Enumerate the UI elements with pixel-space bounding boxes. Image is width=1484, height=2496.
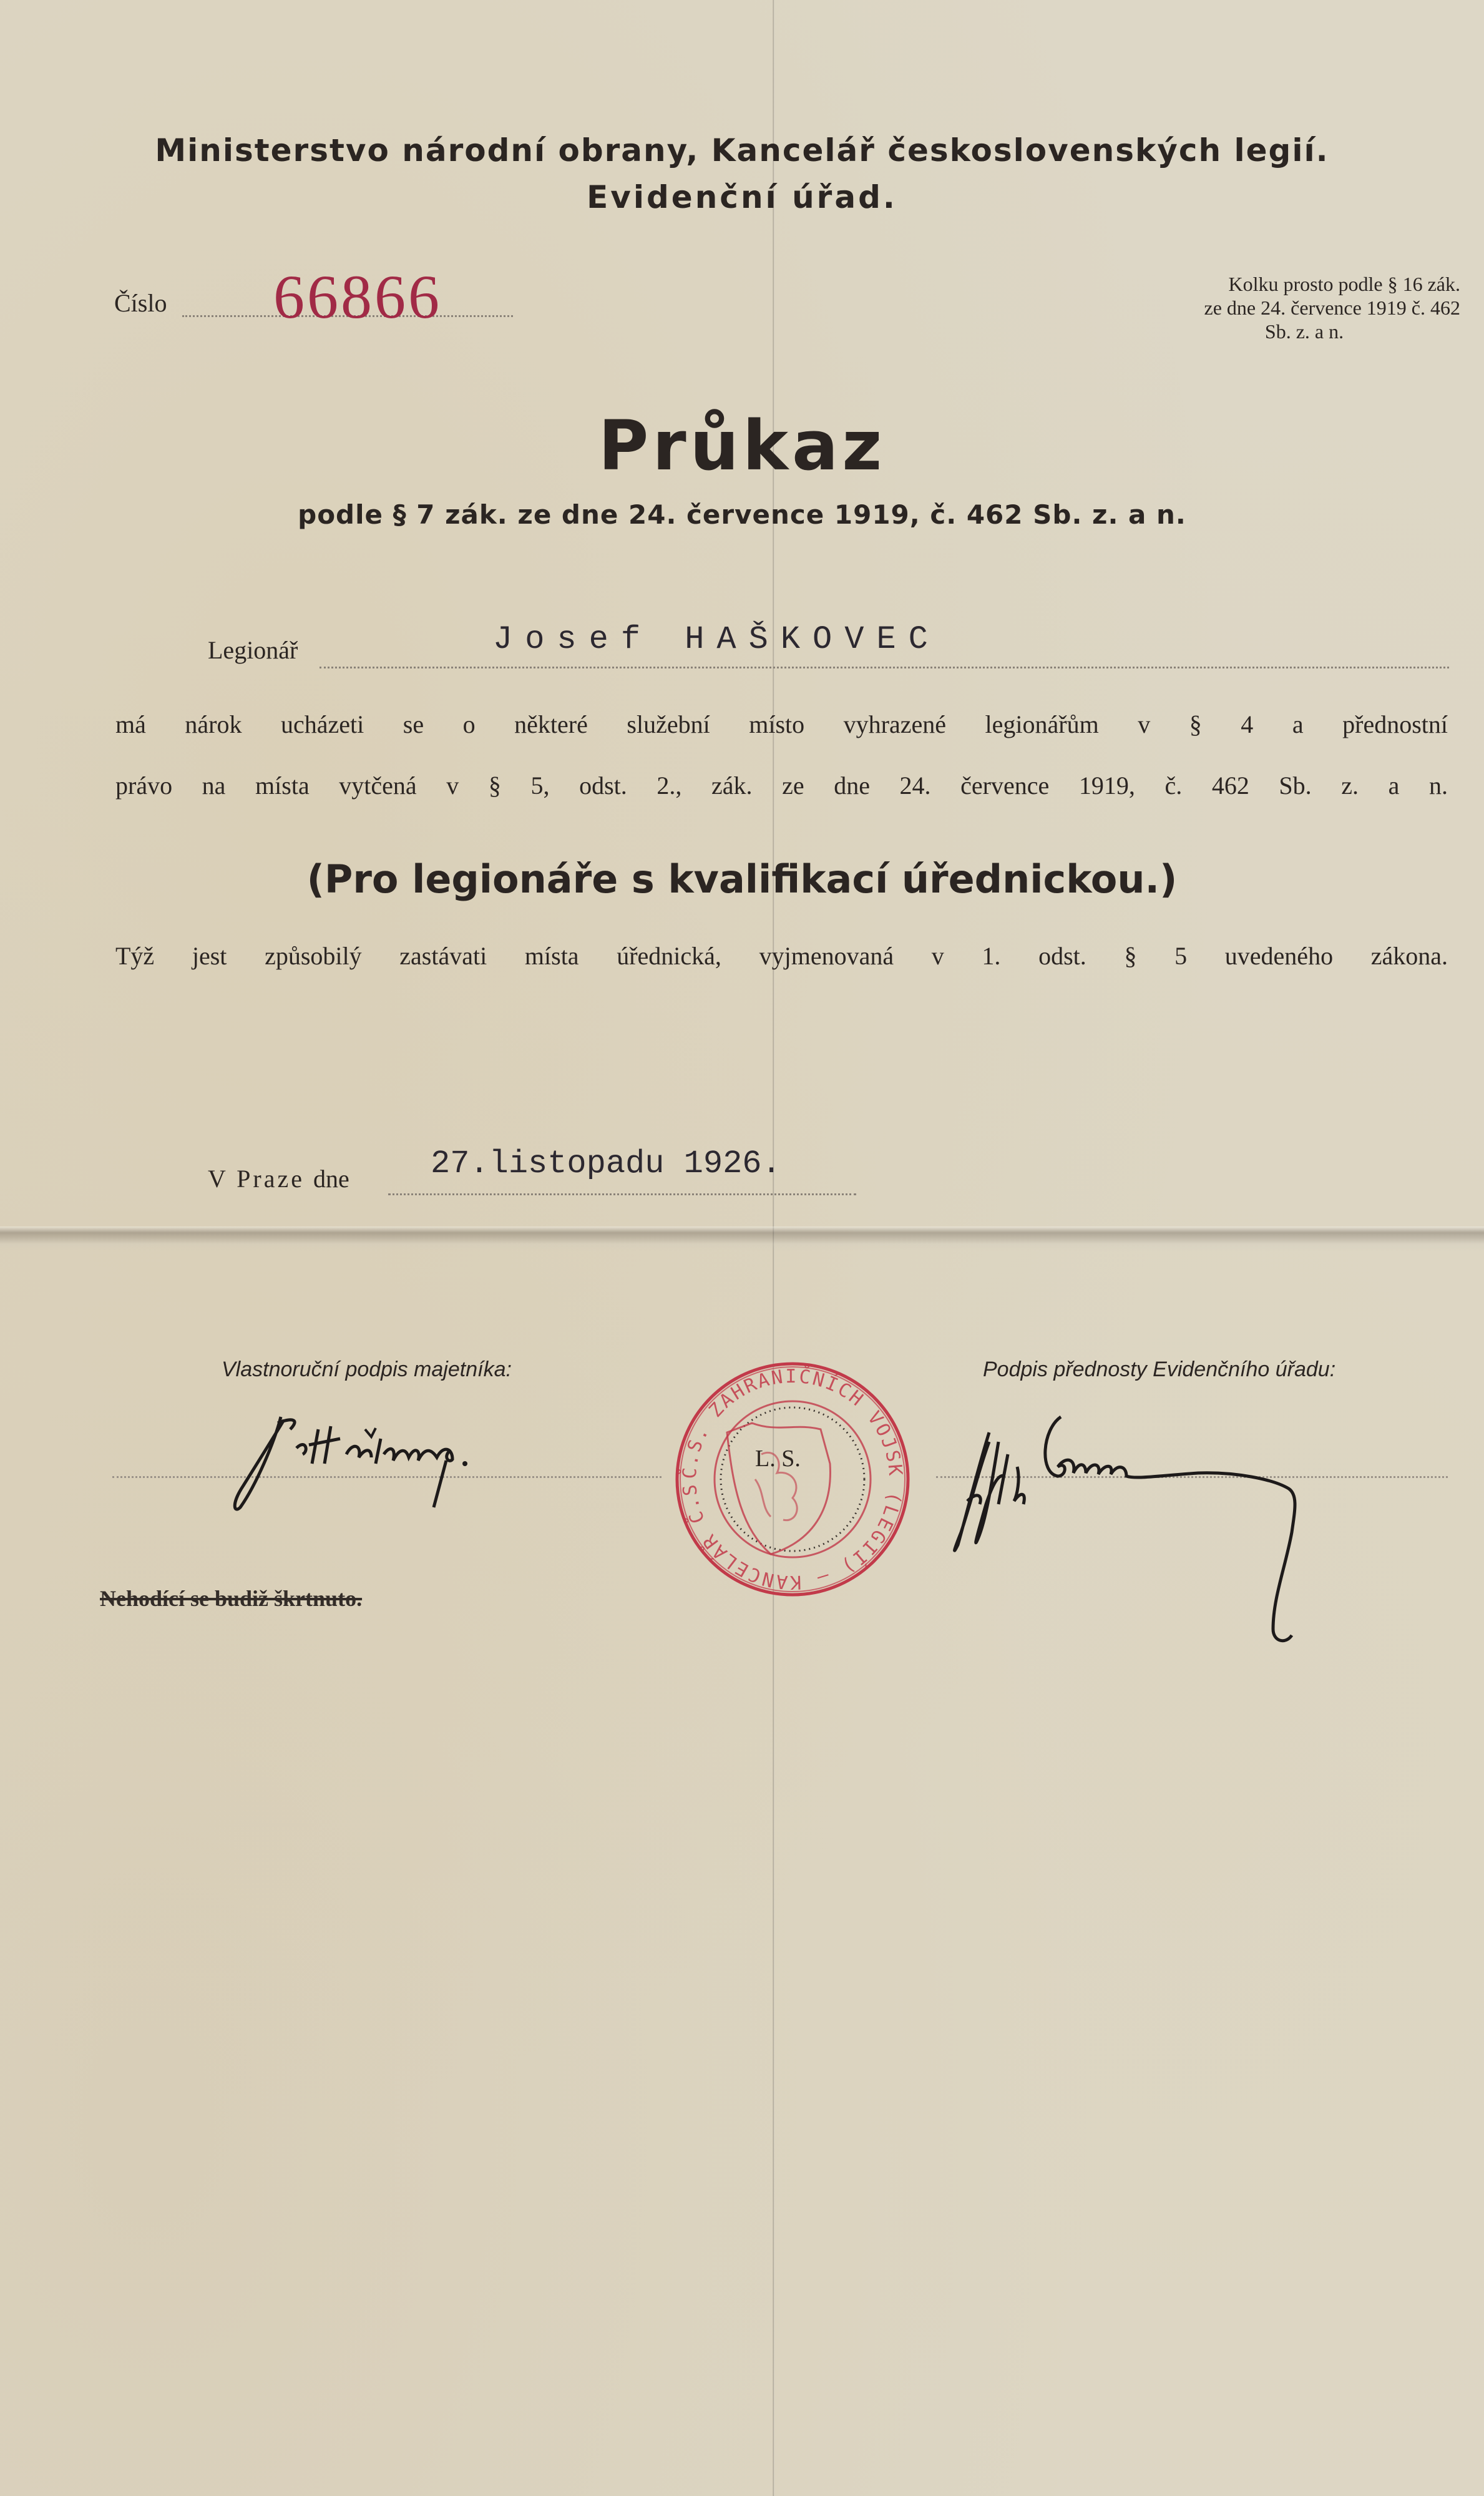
head-signature-label: Podpis přednosty Evidenčního úřadu: [983, 1358, 1335, 1382]
body-text-line-2: právo na místa vytčená v § 5, odst. 2., … [115, 771, 1448, 800]
qualification-heading: (Pro legionáře s kvalifikací úřednickou.… [0, 856, 1484, 902]
date-dotted-line [388, 1193, 856, 1195]
place-label: V Praze [208, 1165, 305, 1193]
body-text-line-3: Týž jest způsobilý zastávati místa úředn… [115, 941, 1448, 971]
seal-ls-text: L. S. [755, 1445, 801, 1472]
official-seal-icon: Č.S. ZAHRANIČNÍCH VOJSK (LEGIÍ) — KANCEL… [668, 1354, 917, 1604]
legionnaire-name: Josef HAŠKOVEC [493, 621, 940, 658]
owner-signature-label: Vlastnoruční podpis majetníka: [222, 1358, 512, 1382]
head-signature-icon [949, 1417, 1398, 1648]
legionnaire-label: Legionář [208, 635, 298, 665]
document-title: Průkaz [0, 406, 1484, 486]
legionnaire-dotted-line [320, 667, 1449, 668]
stamp-note-line: Sb. z. a n. [1111, 320, 1460, 343]
stamp-note-line: ze dne 24. července 1919 č. 462 [1111, 296, 1460, 320]
owner-signature-icon [231, 1404, 555, 1517]
document-number: 66866 [273, 261, 442, 333]
dne-label: dne [313, 1165, 349, 1193]
strike-through-note: Nehodící se budiž škrtnuto. [100, 1585, 362, 1612]
office-header: Evidenční úřad. [0, 179, 1484, 215]
issue-date: 27.listopadu 1926. [431, 1145, 781, 1182]
number-label: Číslo [114, 288, 167, 318]
stamp-note-line: Kolku prosto podle § 16 zák. [1111, 272, 1460, 296]
horizontal-fold-crease [0, 1226, 1484, 1251]
document-subtitle: podle § 7 zák. ze dne 24. července 1919,… [0, 499, 1484, 530]
ministry-header: Ministerstvo národní obrany, Kancelář če… [0, 132, 1484, 169]
place-date-label: V Praze dne [208, 1164, 349, 1193]
stamp-exemption-note: Kolku prosto podle § 16 zák. ze dne 24. … [1111, 272, 1460, 343]
body-text-line-1: má nárok ucházeti se o některé služební … [115, 710, 1448, 739]
